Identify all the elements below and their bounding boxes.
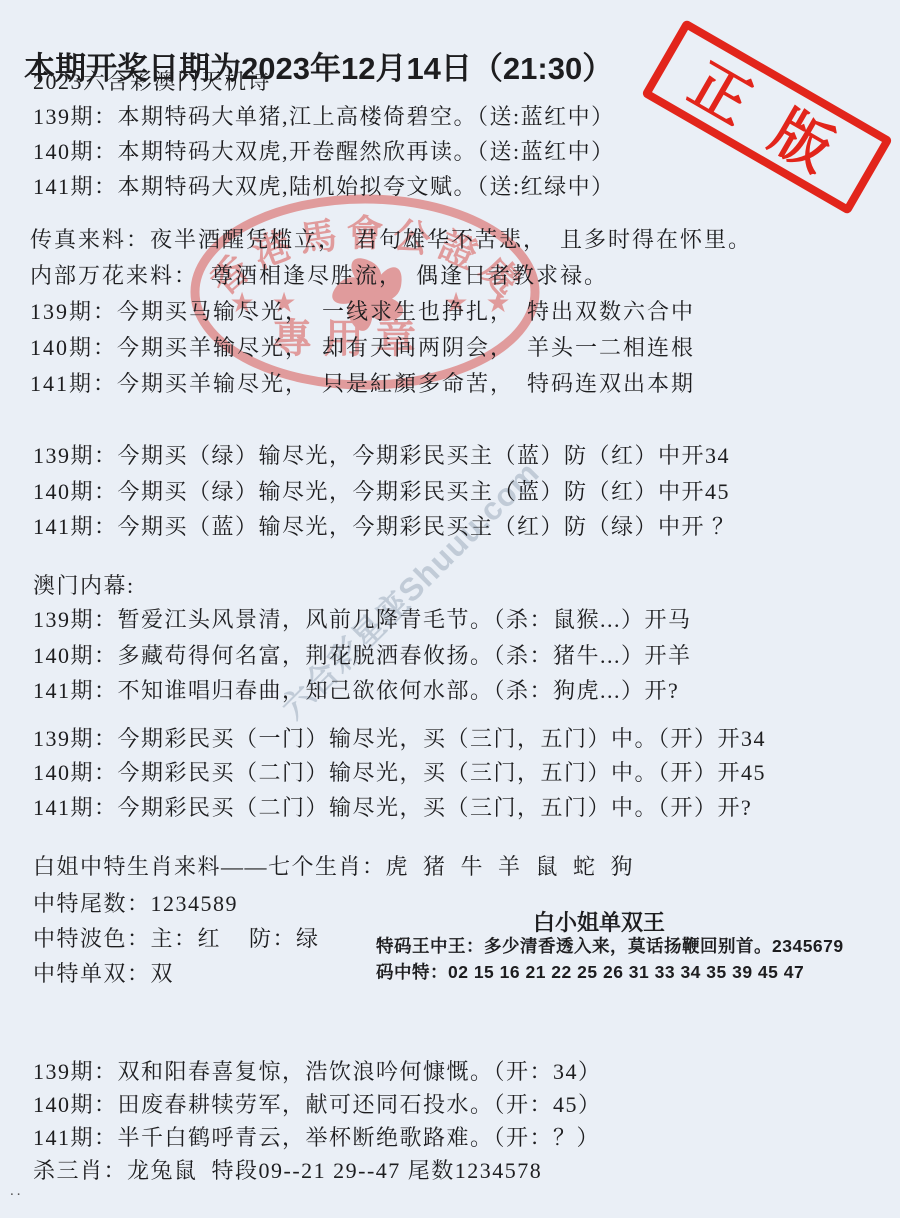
baixiaojie-ma-line: 码中特：02 15 16 21 22 25 26 31 33 34 35 39 … (376, 959, 804, 984)
neimu-line-140: 140期：多藏苟得何名富，荆花脱洒春攸扬。（杀：猪牛...）开羊 (33, 642, 692, 669)
internal-tip-line: 内部万花来料： 尊酒相逢尽胜流， 偶逢日者教求禄。 (30, 262, 608, 289)
color-line-140: 140期：今期买（绿）输尽光，今期彩民买主（蓝）防（红）中开45 (33, 478, 730, 505)
result-line-140: 140期：田废春耕犊劳军，献可还同石投水。（开：45） (33, 1091, 602, 1118)
tip-line-140: 140期：今期买羊输尽光， 却有天间两阴会， 羊头一二相连根 (30, 334, 695, 361)
baijie-parity-line: 中特单双：双 (33, 960, 174, 987)
color-line-139: 139期：今期买（绿）输尽光，今期彩民买主（蓝）防（红）中开34 (33, 442, 730, 469)
tianjishi-title: 2023六合彩澳门天机诗 (33, 68, 271, 95)
lottery-tip-sheet: 香港馬會公證處 ★ ★ ★ ★ 專用章 六合彩星座Shuuu.com 正 版 本… (0, 0, 900, 1218)
tianjishi-line-140: 140期：本期特码大双虎,开卷醒然欣再读。（送:蓝红中） (33, 138, 615, 165)
tianjishi-line-141: 141期：本期特码大双虎,陆机始拟夸文赋。（送:红绿中） (33, 173, 615, 200)
kill-three-zodiac-line: 杀三肖：龙兔鼠 特段09--21 29--47 尾数1234578 (33, 1157, 542, 1184)
result-line-139: 139期：双和阳春喜复惊，浩饮浪吟何慷慨。（开：34） (33, 1058, 602, 1085)
tip-line-141: 141期：今期买羊输尽光， 只是紅顏多命苦， 特码连双出本期 (30, 370, 695, 397)
door-line-140: 140期：今期彩民买（二门）输尽光，买（三门，五门）中。（开）开45 (33, 759, 766, 786)
neimu-line-141: 141期：不知谁唱归春曲，知己欲依何水部。（杀：狗虎...）开? (33, 677, 679, 704)
result-line-141: 141期：半千白鹤呼青云，举杯断绝歌路难。（开：？） (33, 1124, 600, 1151)
jockey-club-seal-watermark: 香港馬會公證處 ★ ★ ★ ★ 專用章 (180, 188, 550, 396)
baijie-color-line: 中特波色：主：红 防：绿 (33, 925, 320, 952)
door-line-141: 141期：今期彩民买（二门）输尽光，买（三门，五门）中。（开）开? (33, 794, 752, 821)
footnote-dots: .. (10, 1178, 24, 1205)
door-line-139: 139期：今期彩民买（一门）输尽光，买（三门，五门）中。（开）开34 (33, 725, 766, 752)
authentic-stamp-label: 正 版 (677, 38, 859, 192)
neimu-title: 澳门内幕: (33, 572, 135, 599)
tianjishi-line-139: 139期：本期特码大单猪,江上高楼倚碧空。（送:蓝红中） (33, 103, 615, 130)
authentic-stamp: 正 版 (641, 19, 893, 215)
color-line-141: 141期：今期买（蓝）输尽光，今期彩民买主（红）防（绿）中开 ？ (33, 513, 736, 540)
tip-line-139: 139期：今期买马输尽光， 一线求生也挣扎， 特出双数六合中 (30, 298, 695, 325)
baijie-tail-line: 中特尾数：1234589 (33, 890, 238, 917)
baijie-zodiac-line: 白姐中特生肖来料——七个生肖：虎 猪 牛 羊 鼠 蛇 狗 (33, 853, 634, 880)
neimu-line-139: 139期：暂爱江头风景清，风前几降青毛节。（杀：鼠猴...）开马 (33, 606, 692, 633)
fax-tip-line: 传真来料：夜半酒醒凭槛立， 君句雄华不苦悲， 且多时得在怀里。 (30, 226, 752, 253)
baixiaojie-wang-line: 特码王中王：多少清香透入来，莫话扬鞭回别首。2345679 (376, 933, 844, 958)
